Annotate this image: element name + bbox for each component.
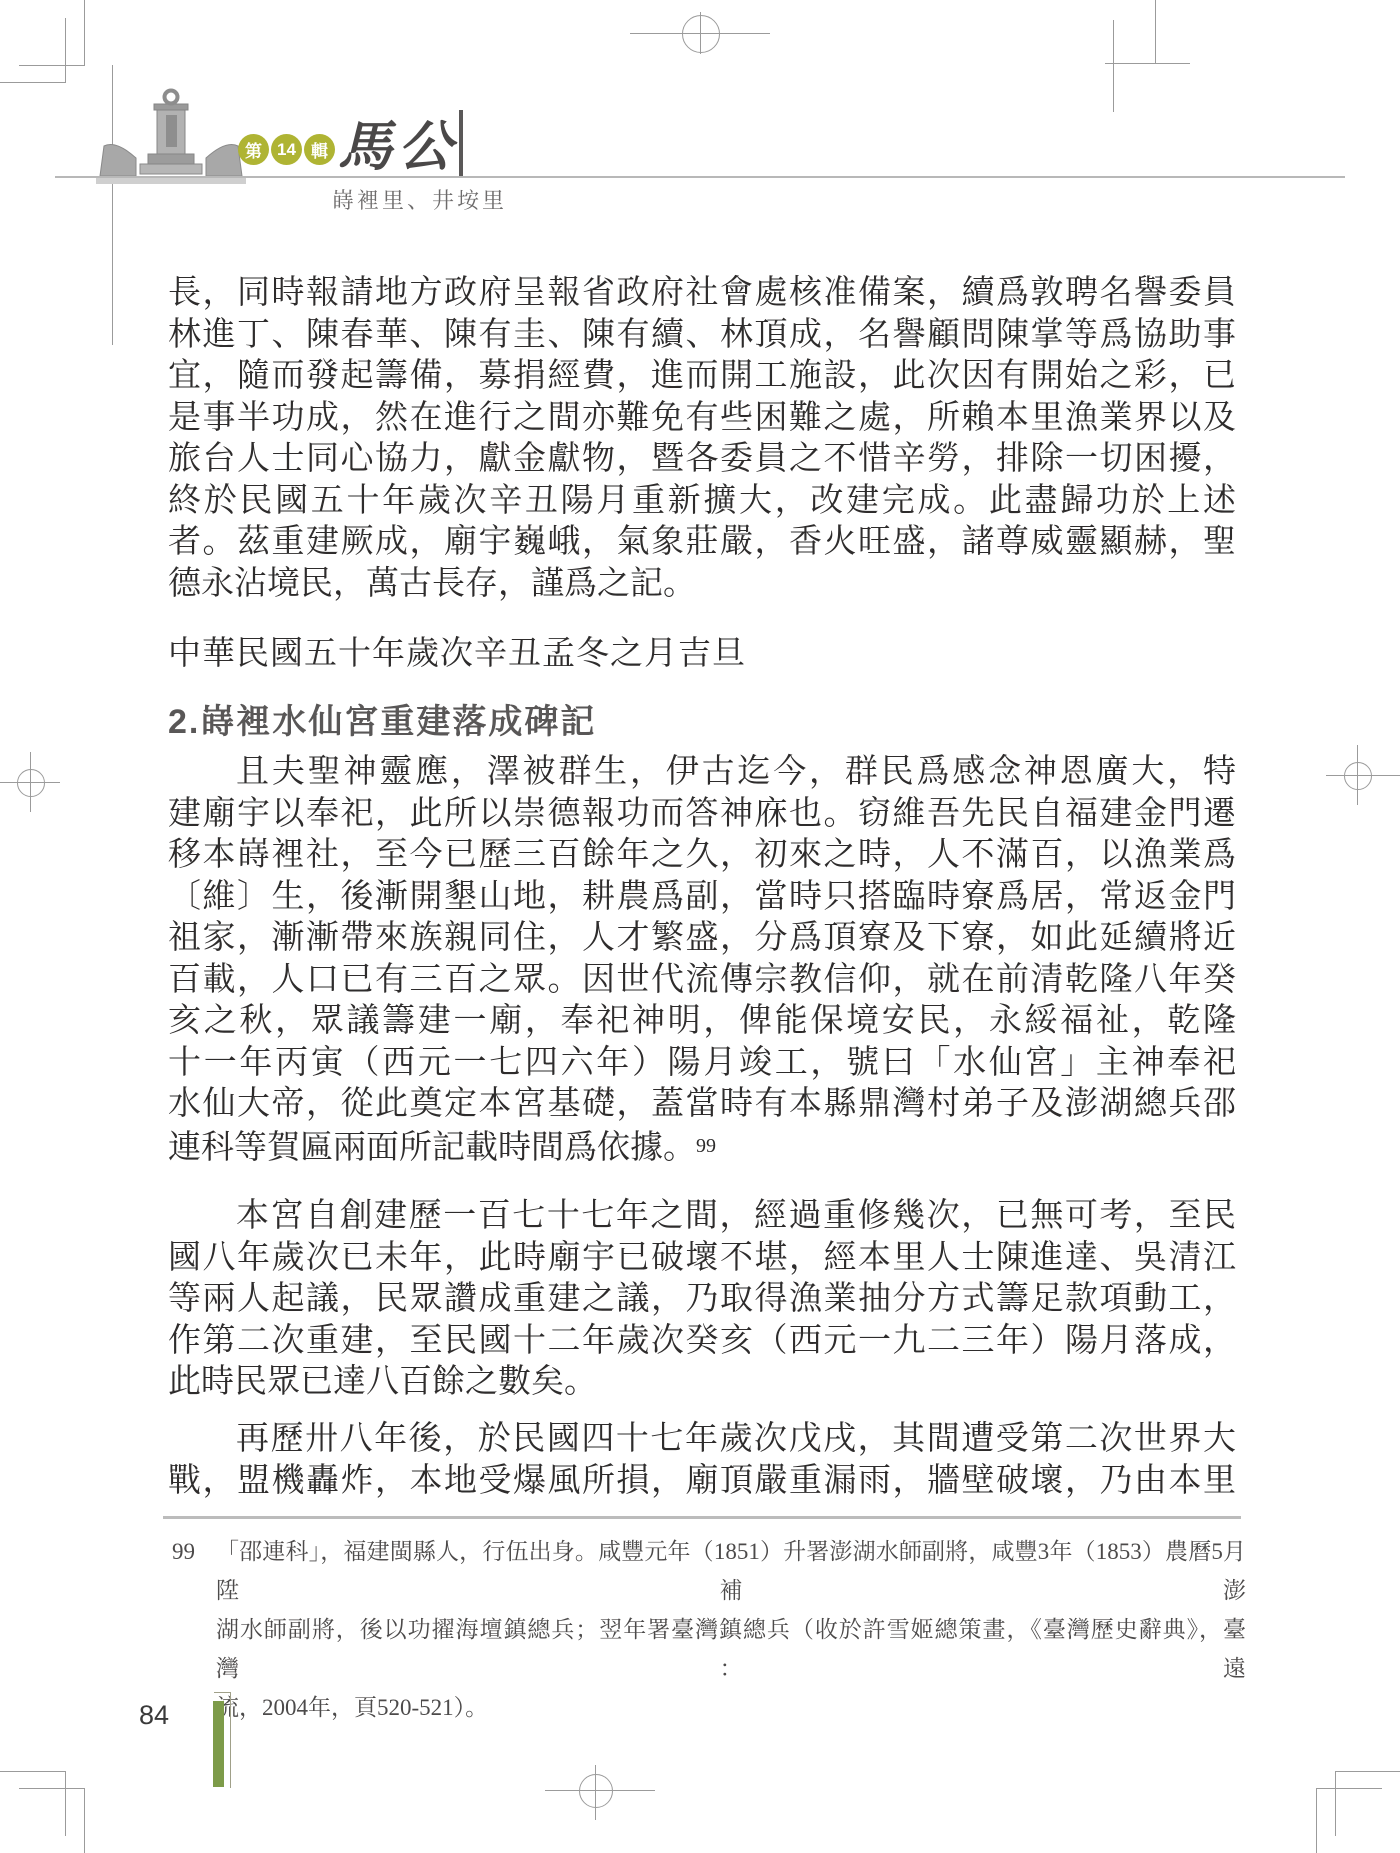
text-line: 等兩人起議，民眾讚成重建之議，乃取得漁業抽分方式籌足款項動工， xyxy=(168,1279,1236,1321)
text-line: 且夫聖神靈應，澤被群生，伊古迄今，群民爲感念神恩廣大，特 xyxy=(168,752,1236,794)
crop-mark xyxy=(1105,63,1190,64)
paragraph-4: 再歷卅八年後，於民國四十七年歲次戊戌，其間遭受第二次世界大 戰，盟機轟炸，本地受… xyxy=(168,1419,1236,1502)
text-line: 本宮自創建歷一百七十七年之間，經過重修幾次，已無可考，至民 xyxy=(168,1196,1236,1238)
book-page: 第 14 輯 馬公 嵵裡里、井垵里 長，同時報請地方政府呈報省政府社會處核准備案… xyxy=(0,0,1400,1853)
crop-mark xyxy=(84,0,85,66)
badge-suffix: 輯 xyxy=(304,134,335,165)
text-line: 祖家，漸漸帶來族親同住，人才繁盛，分爲頂寮及下寮，如此延續將近 xyxy=(168,918,1236,960)
paragraph-1: 長，同時報請地方政府呈報省政府社會處核准備案，續爲敦聘名譽委員 林進丁、陳春華、… xyxy=(168,273,1236,605)
volume-badge: 第 14 輯 xyxy=(238,134,335,165)
crop-mark xyxy=(0,1771,66,1772)
crop-mark xyxy=(1316,1788,1317,1853)
crop-mark xyxy=(65,1771,66,1836)
chapter-subtitle: 嵵裡里、井垵里 xyxy=(332,184,507,215)
crop-mark xyxy=(84,1788,85,1853)
footnote-number: 99 xyxy=(172,1532,195,1571)
text-line: 亥之秋，眾議籌建一廟，奉祀神明，俾能保境安民，永綏福祉，乾隆 xyxy=(168,1001,1236,1043)
text-line: 宜，隨而發起籌備，募捐經費，進而開工施設，此次因有開始之彩，已 xyxy=(168,356,1236,398)
paragraph-3: 本宮自創建歷一百七十七年之間，經過重修幾次，已無可考，至民 國八年歲次已未年，此… xyxy=(168,1196,1236,1404)
crop-mark xyxy=(1316,1788,1382,1789)
text-line: 林進丁、陳春華、陳有圭、陳有續、林頂成，名譽顧問陳掌等爲協助事 xyxy=(168,315,1236,357)
text-line: 移本嵵裡社，至今已歷三百餘年之久，初來之時，人不滿百，以漁業爲 xyxy=(168,835,1236,877)
footnote-line: 「邵連科」，福建閩縣人，行伍出身。咸豐元年（1851）升署澎湖水師副將，咸豐3年… xyxy=(216,1532,1246,1610)
monument-icon xyxy=(96,88,246,188)
page-number: 84 xyxy=(139,1700,169,1731)
footnote-line: 流，2004年，頁520-521）。 xyxy=(216,1688,1246,1727)
section-heading: 2.嵵裡水仙宮重建落成碑記 xyxy=(168,694,596,743)
text-line: 連科等賀匾兩面所記載時間爲依據。99 xyxy=(168,1126,1236,1170)
footer-green-bar xyxy=(213,1701,224,1787)
crop-mark xyxy=(19,1788,85,1789)
text-line: 長，同時報請地方政府呈報省政府社會處核准備案，續爲敦聘名譽委員 xyxy=(168,273,1236,315)
footnote-rule xyxy=(163,1516,1241,1519)
title-divider-bar xyxy=(459,110,463,176)
chapter-title: 馬公 xyxy=(338,104,458,181)
text-line: 戰，盟機轟炸，本地受爆風所損，廟頂嚴重漏雨，牆壁破壞，乃由本里 xyxy=(168,1461,1236,1503)
text-line: 百載，人口已有三百之眾。因世代流傳宗教信仰，就在前清乾隆八年癸 xyxy=(168,960,1236,1002)
date-line: 中華民國五十年歲次辛丑孟冬之月吉旦 xyxy=(168,634,746,676)
text-line: 〔維〕生，後漸開墾山地，耕農爲副，當時只搭臨時寮爲居，常返金門 xyxy=(168,877,1236,919)
crop-mark xyxy=(1155,0,1156,64)
registration-circle xyxy=(17,769,45,797)
footnote-text: 「邵連科」，福建閩縣人，行伍出身。咸豐元年（1851）升署澎湖水師副將，咸豐3年… xyxy=(216,1532,1246,1727)
registration-circle xyxy=(1344,762,1372,790)
badge-number: 14 xyxy=(271,134,302,165)
registration-circle xyxy=(682,15,720,53)
footnote-line: 湖水師副將，後以功擢海壇鎮總兵；翌年署臺灣鎮總兵（收於許雪姬總策畫，《臺灣歷史辭… xyxy=(216,1610,1246,1688)
crop-mark xyxy=(65,18,66,83)
text-line: 水仙大帝，從此奠定本宮基礎，蓋當時有本縣鼎灣村弟子及澎湖總兵邵 xyxy=(168,1084,1236,1126)
text-line: 再歷卅八年後，於民國四十七年歲次戊戌，其間遭受第二次世界大 xyxy=(168,1419,1236,1461)
text-line: 此時民眾已達八百餘之數矣。 xyxy=(168,1362,1236,1404)
text-line-span: 連科等賀匾兩面所記載時間爲依據。 xyxy=(168,1130,696,1166)
text-line: 作第二次重建，至民國十二年歲次癸亥（西元一九二三年）陽月落成， xyxy=(168,1321,1236,1363)
crop-mark xyxy=(1335,1771,1336,1836)
text-line: 者。茲重建厥成，廟宇巍峨，氣象莊嚴，香火旺盛，諸尊威靈顯赫，聖 xyxy=(168,522,1236,564)
text-line: 建廟宇以奉祀，此所以崇德報功而答神庥也。窃維吾先民自福建金門遷 xyxy=(168,794,1236,836)
text-line: 旅台人士同心協力，獻金獻物，暨各委員之不惜辛勞，排除一切困擾， xyxy=(168,439,1236,481)
text-line: 是事半功成，然在進行之間亦難免有些困難之處，所賴本里漁業界以及 xyxy=(168,398,1236,440)
badge-prefix: 第 xyxy=(238,134,269,165)
paragraph-2: 且夫聖神靈應，澤被群生，伊古迄今，群民爲感念神恩廣大，特 建廟宇以奉祀，此所以崇… xyxy=(168,752,1236,1169)
crop-mark xyxy=(0,82,66,83)
text-line: 德永沾境民，萬古長存，謹爲之記。 xyxy=(168,564,1236,606)
text-line: 十一年丙寅（西元一七四六年）陽月竣工，號曰「水仙宮」主神奉祀 xyxy=(168,1043,1236,1085)
crop-mark xyxy=(1113,20,1114,112)
footnote-reference: 99 xyxy=(696,1135,716,1157)
text-line: 國八年歲次已未年，此時廟宇已破壞不堪，經本里人士陳進達、吳清江 xyxy=(168,1238,1236,1280)
registration-circle xyxy=(579,1774,613,1808)
text-line: 終於民國五十年歲次辛丑陽月重新擴大，改建完成。此盡歸功於上述 xyxy=(168,481,1236,523)
crop-mark xyxy=(19,65,85,66)
header-rule xyxy=(55,176,1345,178)
crop-mark xyxy=(1335,1771,1400,1772)
